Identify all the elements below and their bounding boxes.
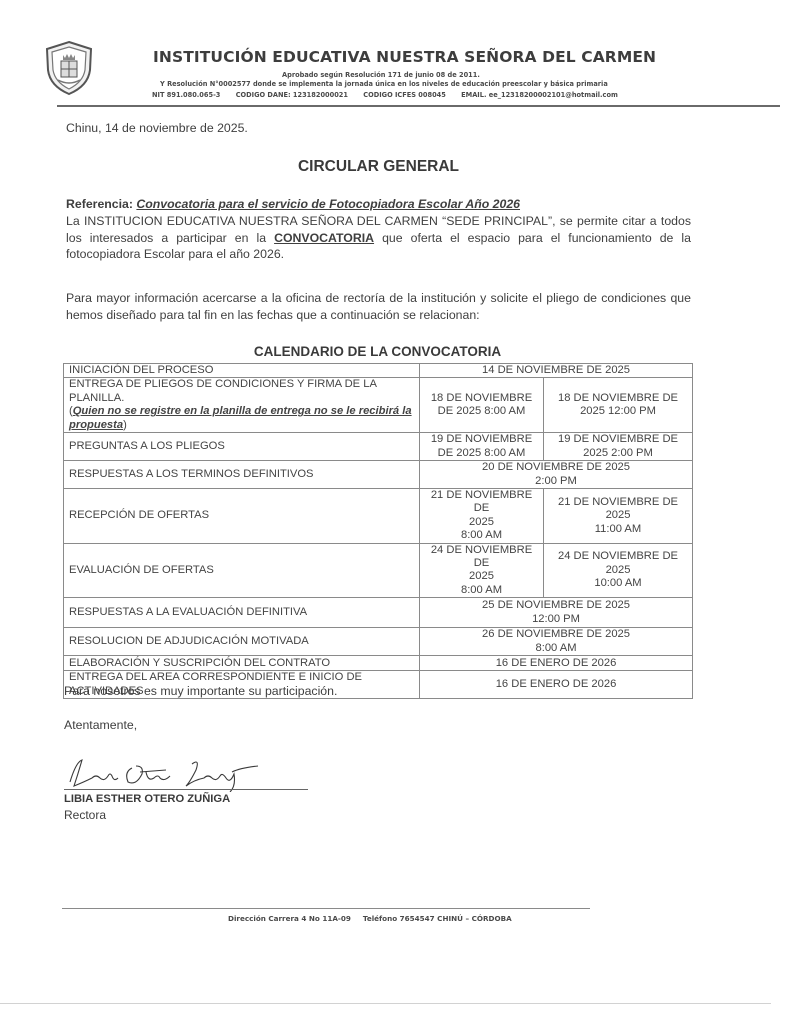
- table-row: RESPUESTAS A LOS TERMINOS DEFINITIVOS 20…: [64, 461, 693, 489]
- date-text: 24 DE NOVIEMBRE DE 2025: [558, 550, 678, 575]
- header-divider: [57, 105, 780, 107]
- calendar-title: CALENDARIO DE LA CONVOCATORIA: [63, 344, 692, 359]
- table-row: RESPUESTAS A LA EVALUACIÓN DEFINITIVA 25…: [64, 598, 693, 628]
- activity-cell: RESPUESTAS A LOS TERMINOS DEFINITIVOS: [64, 461, 420, 489]
- footer-contact: Dirección Carrera 4 No 11A-09Teléfono 76…: [228, 914, 512, 923]
- end-date-cell: 19 DE NOVIEMBRE DE 2025 2:00 PM: [544, 433, 693, 461]
- signature-line: [64, 789, 308, 790]
- activity-note: Quien no se registre en la planilla de e…: [69, 405, 412, 430]
- time-text: 12:00 PM: [532, 613, 580, 625]
- table-row: ENTREGA DE PLIEGOS DE CONDICIONES Y FIRM…: [64, 378, 693, 433]
- signer-name: LIBIA ESTHER OTERO ZUÑIGA: [64, 793, 230, 805]
- institution-name: INSTITUCIÓN EDUCATIVA NUESTRA SEÑORA DEL…: [153, 48, 656, 66]
- school-crest-icon: [44, 40, 94, 96]
- paragraph-information: Para mayor información acercarse a la of…: [66, 290, 691, 323]
- scan-edge-line: [0, 1003, 771, 1004]
- end-date-cell: 24 DE NOVIEMBRE DE 2025 10:00 AM: [544, 543, 693, 598]
- table-row: ELABORACIÓN Y SUSCRIPCIÓN DEL CONTRATO 1…: [64, 656, 693, 671]
- date-text: 24 DE NOVIEMBRE DE: [431, 544, 532, 569]
- activity-cell: RECEPCIÓN DE OFERTAS: [64, 489, 420, 544]
- year-text: 2025: [469, 570, 494, 582]
- time-text: 8:00 AM: [461, 584, 502, 596]
- reference-label: Referencia:: [66, 197, 133, 211]
- start-date-cell: 21 DE NOVIEMBRE DE 2025 8:00 AM: [420, 489, 544, 544]
- handwritten-signature-icon: [62, 752, 312, 792]
- table-row: RESOLUCION DE ADJUDICACIÓN MOTIVADA 26 D…: [64, 628, 693, 656]
- time-text: 10:00 AM: [594, 577, 641, 589]
- place-date: Chinu, 14 de noviembre de 2025.: [66, 121, 248, 135]
- activity-cell: ENTREGA DE PLIEGOS DE CONDICIONES Y FIRM…: [64, 378, 420, 433]
- date-cell: 16 DE ENERO DE 2026: [420, 671, 693, 699]
- reference-subject: Convocatoria para el servicio de Fotocop…: [136, 197, 520, 211]
- date-text: 21 DE NOVIEMBRE DE 2025: [558, 496, 678, 521]
- table-row: INICIACIÓN DEL PROCESO 14 DE NOVIEMBRE D…: [64, 364, 693, 378]
- date-cell: 26 DE NOVIEMBRE DE 2025 8:00 AM: [420, 628, 693, 656]
- start-date-cell: 18 DE NOVIEMBRE DE 2025 8:00 AM: [420, 378, 544, 433]
- time-text: 8:00 AM: [461, 529, 502, 541]
- time-text: 11:00 AM: [595, 523, 641, 535]
- footer-phone: Teléfono 7654547 CHINÚ – CÓRDOBA: [363, 914, 512, 923]
- email: EMAIL. ee_12318200002101@hotmail.com: [461, 91, 618, 99]
- footer-address: Dirección Carrera 4 No 11A-09: [228, 914, 351, 923]
- signer-role: Rectora: [64, 808, 106, 822]
- activity-cell: EVALUACIÓN DE OFERTAS: [64, 543, 420, 598]
- paragraph-invitation: La INSTITUCION EDUCATIVA NUESTRA SEÑORA …: [66, 213, 691, 263]
- activity-cell: RESPUESTAS A LA EVALUACIÓN DEFINITIVA: [64, 598, 420, 628]
- activity-text: ENTREGA DE PLIEGOS DE CONDICIONES Y FIRM…: [69, 378, 376, 403]
- date-text: 20 DE NOVIEMBRE DE 2025: [482, 461, 630, 473]
- document-title: CIRCULAR GENERAL: [0, 158, 757, 176]
- table-row: PREGUNTAS A LOS PLIEGOS 19 DE NOVIEMBRE …: [64, 433, 693, 461]
- time-text: 8:00 AM: [535, 642, 576, 654]
- year-text: 2025: [469, 516, 494, 528]
- end-date-cell: 18 DE NOVIEMBRE DE 2025 12:00 PM: [544, 378, 693, 433]
- activity-cell: INICIACIÓN DEL PROCESO: [64, 364, 420, 378]
- date-cell: 20 DE NOVIEMBRE DE 2025 2:00 PM: [420, 461, 693, 489]
- date-cell: 14 DE NOVIEMBRE DE 2025: [420, 364, 693, 378]
- approval-line: Aprobado según Resolución 171 de junio 0…: [282, 71, 480, 79]
- codigo-dane: CODIGO DANE: 123182000021: [236, 91, 348, 99]
- activity-cell: PREGUNTAS A LOS PLIEGOS: [64, 433, 420, 461]
- start-date-cell: 19 DE NOVIEMBRE DE 2025 8:00 AM: [420, 433, 544, 461]
- end-date-cell: 21 DE NOVIEMBRE DE 2025 11:00 AM: [544, 489, 693, 544]
- codigo-icfes: CODIGO ICFES 008045: [363, 91, 446, 99]
- start-date-cell: 24 DE NOVIEMBRE DE 2025 8:00 AM: [420, 543, 544, 598]
- institution-codes: NIT 891.080.065-3 CODIGO DANE: 123182000…: [152, 91, 631, 99]
- activity-cell: RESOLUCION DE ADJUDICACIÓN MOTIVADA: [64, 628, 420, 656]
- activity-cell: ELABORACIÓN Y SUSCRIPCIÓN DEL CONTRATO: [64, 656, 420, 671]
- nit: NIT 891.080.065-3: [152, 91, 220, 99]
- table-row: RECEPCIÓN DE OFERTAS 21 DE NOVIEMBRE DE …: [64, 489, 693, 544]
- convocatoria-emphasis: CONVOCATORIA: [274, 231, 374, 245]
- table-row: EVALUACIÓN DE OFERTAS 24 DE NOVIEMBRE DE…: [64, 543, 693, 598]
- date-text: 21 DE NOVIEMBRE DE: [431, 489, 532, 514]
- reference: Referencia: Convocatoria para el servici…: [66, 197, 520, 211]
- date-cell: 25 DE NOVIEMBRE DE 2025 12:00 PM: [420, 598, 693, 628]
- time-text: 2:00 PM: [535, 475, 577, 487]
- footer-divider: [62, 908, 590, 909]
- date-text: 25 DE NOVIEMBRE DE 2025: [482, 599, 630, 611]
- valediction: Atentamente,: [64, 718, 137, 732]
- closing-statement: Para nosotros es muy importante su parti…: [64, 684, 337, 698]
- date-cell: 16 DE ENERO DE 2026: [420, 656, 693, 671]
- calendar-table: INICIACIÓN DEL PROCESO 14 DE NOVIEMBRE D…: [63, 363, 693, 699]
- resolution-line: Y Resolución N°0002577 donde se implemen…: [160, 80, 608, 88]
- date-text: 26 DE NOVIEMBRE DE 2025: [482, 628, 630, 640]
